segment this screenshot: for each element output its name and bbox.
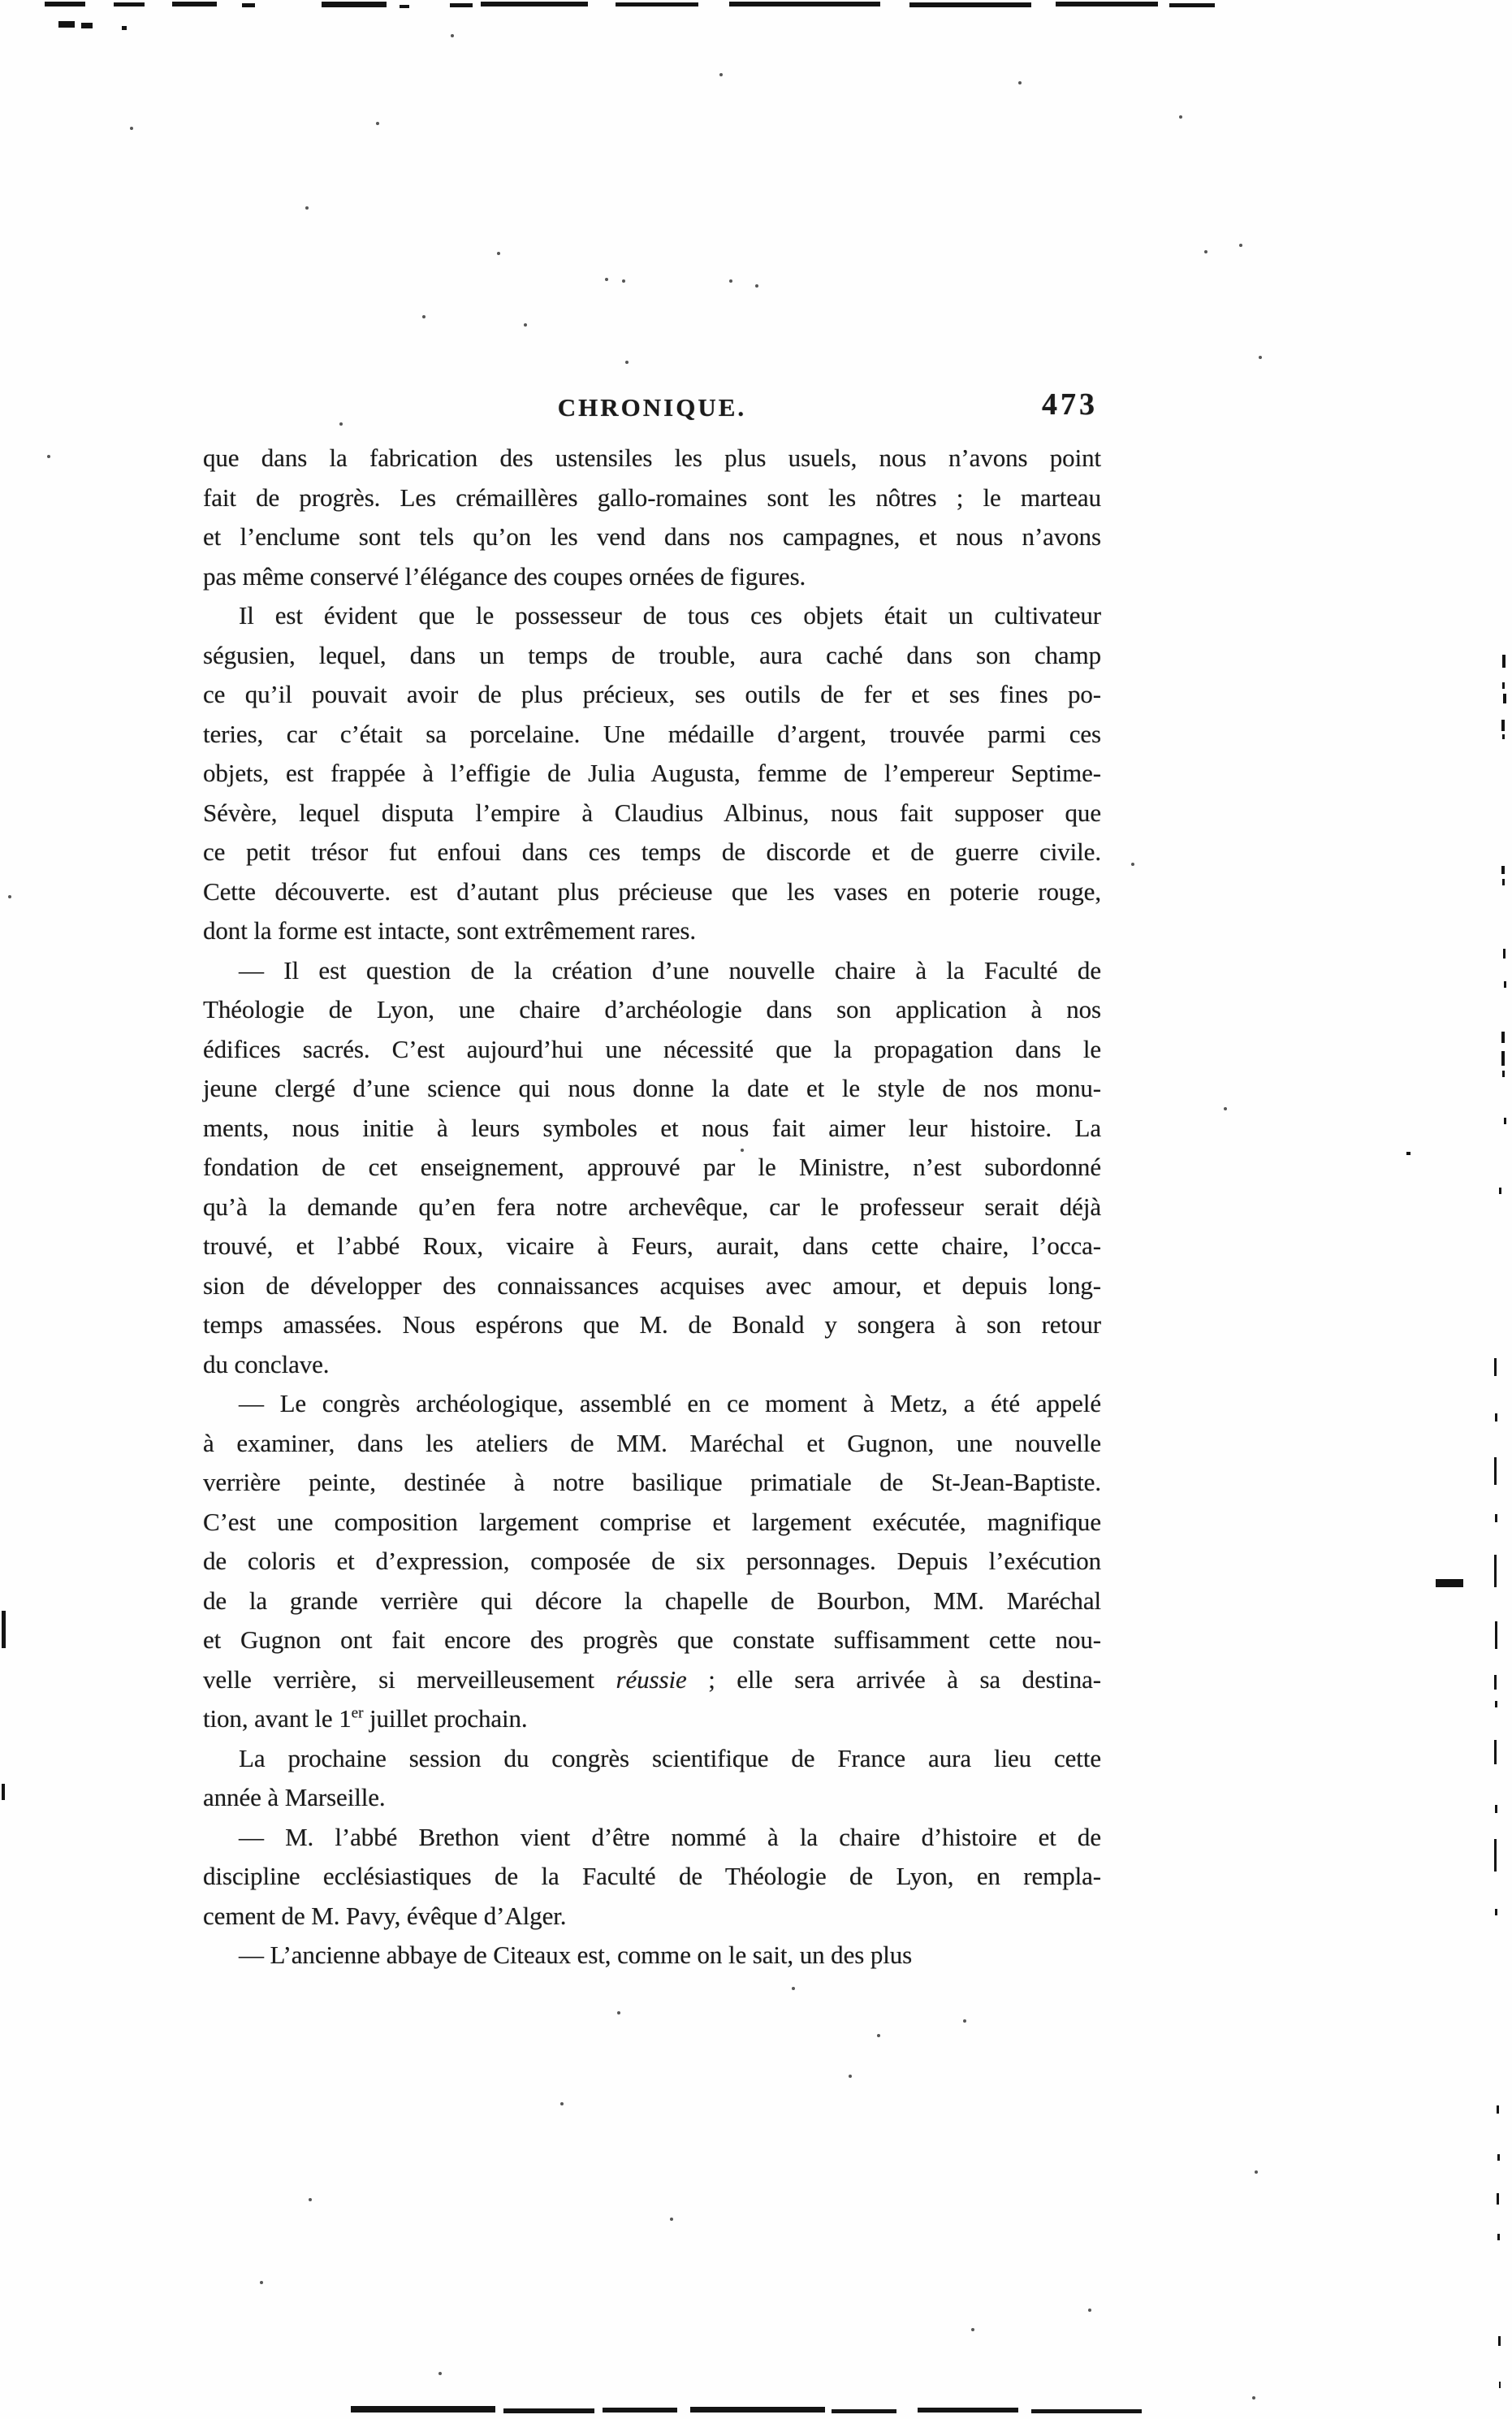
scan-speck — [1204, 250, 1207, 253]
text-line: fait de progrès. Les crémaillères gallo-… — [203, 478, 1101, 518]
scan-artifact — [1497, 2154, 1500, 2161]
scan-artifact — [1495, 1805, 1497, 1813]
scan-artifact — [1502, 682, 1505, 689]
scan-artifact — [918, 2408, 1018, 2413]
scan-artifact — [1495, 1514, 1497, 1522]
scan-artifact — [909, 2, 1031, 7]
scan-artifact — [1503, 949, 1506, 959]
scan-artifact — [1494, 1675, 1497, 1690]
scan-speck — [8, 895, 11, 898]
scan-artifact — [832, 2409, 896, 2413]
scan-artifact — [1497, 2105, 1499, 2114]
scan-speck — [376, 122, 379, 125]
scan-speck — [755, 284, 758, 288]
text-line: objets, est frappée à l’effigie de Julia… — [203, 754, 1101, 794]
scan-artifact — [1504, 1118, 1506, 1124]
scan-artifact — [450, 3, 473, 7]
scan-artifact — [1495, 1909, 1497, 1915]
text-line: — Il est question de la création d’une n… — [203, 951, 1101, 991]
scan-speck — [422, 315, 426, 318]
text-line: teries, car c’était sa porcelaine. Une m… — [203, 715, 1101, 755]
text-line: sion de développer des connaissances acq… — [203, 1266, 1101, 1306]
scan-speck — [438, 2372, 442, 2375]
scan-speck — [741, 1149, 744, 1152]
text-line: à examiner, dans les ateliers de MM. Mar… — [203, 1424, 1101, 1464]
text-line: pas même conservé l’élégance des coupes … — [203, 557, 1101, 597]
text-line: et Gugnon ont fait encore des progrès qu… — [203, 1621, 1101, 1660]
text-line: Théologie de Lyon, une chaire d’archéolo… — [203, 990, 1101, 1030]
scan-speck — [309, 2198, 312, 2201]
scan-artifact — [690, 2407, 825, 2413]
text-line: ce qu’il pouvait avoir de plus précieux,… — [203, 675, 1101, 715]
scan-artifact — [242, 3, 255, 7]
scan-artifact — [122, 26, 127, 30]
text-line: ce petit trésor fut enfoui dans ces temp… — [203, 833, 1101, 872]
scan-speck — [670, 2218, 673, 2221]
scan-speck — [877, 2034, 880, 2037]
scan-speck — [617, 2011, 620, 2014]
text-line: velle verrière, si merveilleusement réus… — [203, 1660, 1101, 1700]
scan-artifact — [1499, 1188, 1501, 1194]
page-text: que dans la fabrication des ustensiles l… — [203, 439, 1101, 1975]
scan-artifact — [58, 21, 75, 28]
text-line: ségusien, lequel, dans un temps de troub… — [203, 636, 1101, 676]
scan-artifact — [603, 2408, 677, 2413]
scan-artifact — [1494, 1740, 1497, 1764]
scan-speck — [1131, 863, 1134, 866]
scan-artifact — [1495, 1701, 1497, 1707]
text-line: — Le congrès archéologique, assemblé en … — [203, 1384, 1101, 1424]
text-line: cement de M. Pavy, évêque d’Alger. — [203, 1897, 1101, 1936]
scan-speck — [1255, 2170, 1258, 2174]
scan-artifact — [616, 2, 698, 6]
text-line: année à Marseille. — [203, 1778, 1101, 1818]
scan-speck — [729, 279, 732, 283]
scan-artifact — [1495, 1413, 1497, 1422]
scan-speck — [305, 206, 309, 210]
scan-artifact — [2, 1784, 5, 1800]
scan-speck — [451, 34, 454, 37]
scan-artifact — [1498, 2336, 1501, 2346]
text-line: verrière peinte, destinée à notre basili… — [203, 1463, 1101, 1503]
scan-artifact — [1501, 866, 1505, 874]
scan-speck — [605, 278, 608, 281]
scanned-page: CHRONIQUE. 473 que dans la fabrication d… — [0, 0, 1512, 2419]
scan-speck — [971, 2328, 974, 2331]
scan-speck — [1018, 81, 1022, 84]
scan-artifact — [172, 2, 217, 6]
page-number: 473 — [1042, 387, 1098, 422]
scan-artifact — [1406, 1152, 1410, 1155]
scan-artifact — [1494, 1358, 1497, 1376]
scan-speck — [963, 2019, 966, 2023]
text-line: tion, avant le 1er juillet prochain. — [203, 1699, 1101, 1739]
scan-artifact — [729, 2, 880, 6]
text-line: — M. l’abbé Brethon vient d’être nommé à… — [203, 1818, 1101, 1858]
scan-artifact — [1495, 1621, 1497, 1649]
scan-artifact — [1502, 1071, 1505, 1077]
scan-artifact — [1501, 1032, 1505, 1043]
scan-artifact — [2, 1611, 6, 1648]
text-line: Sévère, lequel disputa l’empire à Claudi… — [203, 794, 1101, 833]
scan-artifact — [1494, 1839, 1497, 1872]
scan-artifact — [1502, 734, 1505, 739]
text-line: ments, nous initie à leurs symboles et n… — [203, 1109, 1101, 1149]
scan-artifact — [400, 5, 409, 8]
scan-speck — [1224, 1107, 1227, 1110]
scan-artifact — [114, 2, 145, 6]
scan-speck — [1088, 2309, 1091, 2312]
scan-speck — [524, 323, 527, 327]
scan-artifact — [1497, 2234, 1500, 2240]
text-line: qu’à la demande qu’en fera notre archevê… — [203, 1188, 1101, 1227]
text-column: CHRONIQUE. 473 que dans la fabrication d… — [203, 393, 1101, 437]
scan-artifact — [1502, 879, 1505, 885]
scan-artifact — [322, 2, 387, 7]
text-line: que dans la fabrication des ustensiles l… — [203, 439, 1101, 478]
scan-artifact — [1494, 1457, 1497, 1485]
scan-speck — [47, 455, 50, 458]
scan-speck — [1252, 2396, 1255, 2400]
scan-artifact — [1503, 694, 1506, 703]
scan-artifact — [1504, 981, 1506, 988]
scan-artifact — [1169, 3, 1215, 7]
scan-speck — [792, 1987, 795, 1990]
text-line: Cette découverte. est d’autant plus préc… — [203, 872, 1101, 912]
scan-artifact — [481, 2, 588, 6]
scan-speck — [260, 2281, 263, 2284]
scan-artifact — [45, 2, 85, 6]
scan-speck — [1179, 115, 1182, 119]
text-line: jeune clergé d’une science qui nous donn… — [203, 1069, 1101, 1109]
text-line: — L’ancienne abbaye de Citeaux est, comm… — [203, 1936, 1101, 1975]
text-line: de la grande verrière qui décore la chap… — [203, 1582, 1101, 1621]
text-line: de coloris et d’expression, composée de … — [203, 1542, 1101, 1582]
scan-speck — [719, 73, 723, 76]
text-line: fondation de cet enseignement, approuvé … — [203, 1148, 1101, 1188]
scan-speck — [622, 279, 625, 283]
scan-artifact — [503, 2408, 594, 2413]
scan-speck — [560, 2102, 564, 2105]
scan-speck — [339, 422, 343, 426]
scan-artifact — [1501, 720, 1505, 731]
scan-artifact — [351, 2406, 495, 2413]
running-title: CHRONIQUE. — [203, 393, 1101, 422]
text-line: et l’enclume sont tels qu’on les vend da… — [203, 517, 1101, 557]
scan-speck — [497, 252, 500, 255]
text-line: C’est une composition largement comprise… — [203, 1503, 1101, 1543]
scan-speck — [1259, 356, 1262, 359]
scan-speck — [1239, 244, 1242, 247]
page-header: CHRONIQUE. 473 — [203, 393, 1101, 431]
scan-artifact — [1499, 2382, 1501, 2388]
scan-artifact — [1436, 1579, 1463, 1587]
scan-artifact — [1056, 2, 1158, 6]
text-line: dont la forme est intacte, sont extrêmem… — [203, 911, 1101, 951]
scan-artifact — [1494, 1555, 1497, 1587]
scan-speck — [625, 361, 629, 364]
scan-artifact — [81, 23, 93, 28]
text-line: temps amassées. Nous espérons que M. de … — [203, 1305, 1101, 1345]
scan-artifact — [1031, 2409, 1142, 2413]
text-line: Il est évident que le possesseur de tous… — [203, 596, 1101, 636]
scan-artifact — [1501, 1051, 1505, 1066]
scan-speck — [130, 127, 133, 130]
text-line: trouvé, et l’abbé Roux, vicaire à Feurs,… — [203, 1227, 1101, 1266]
text-line: du conclave. — [203, 1345, 1101, 1385]
scan-artifact — [1502, 655, 1506, 668]
text-line: La prochaine session du congrès scientif… — [203, 1739, 1101, 1779]
scan-artifact — [1497, 2193, 1499, 2205]
scan-speck — [849, 2075, 852, 2078]
text-line: discipline ecclésiastiques de la Faculté… — [203, 1857, 1101, 1897]
text-line: édifices sacrés. C’est aujourd’hui une n… — [203, 1030, 1101, 1070]
